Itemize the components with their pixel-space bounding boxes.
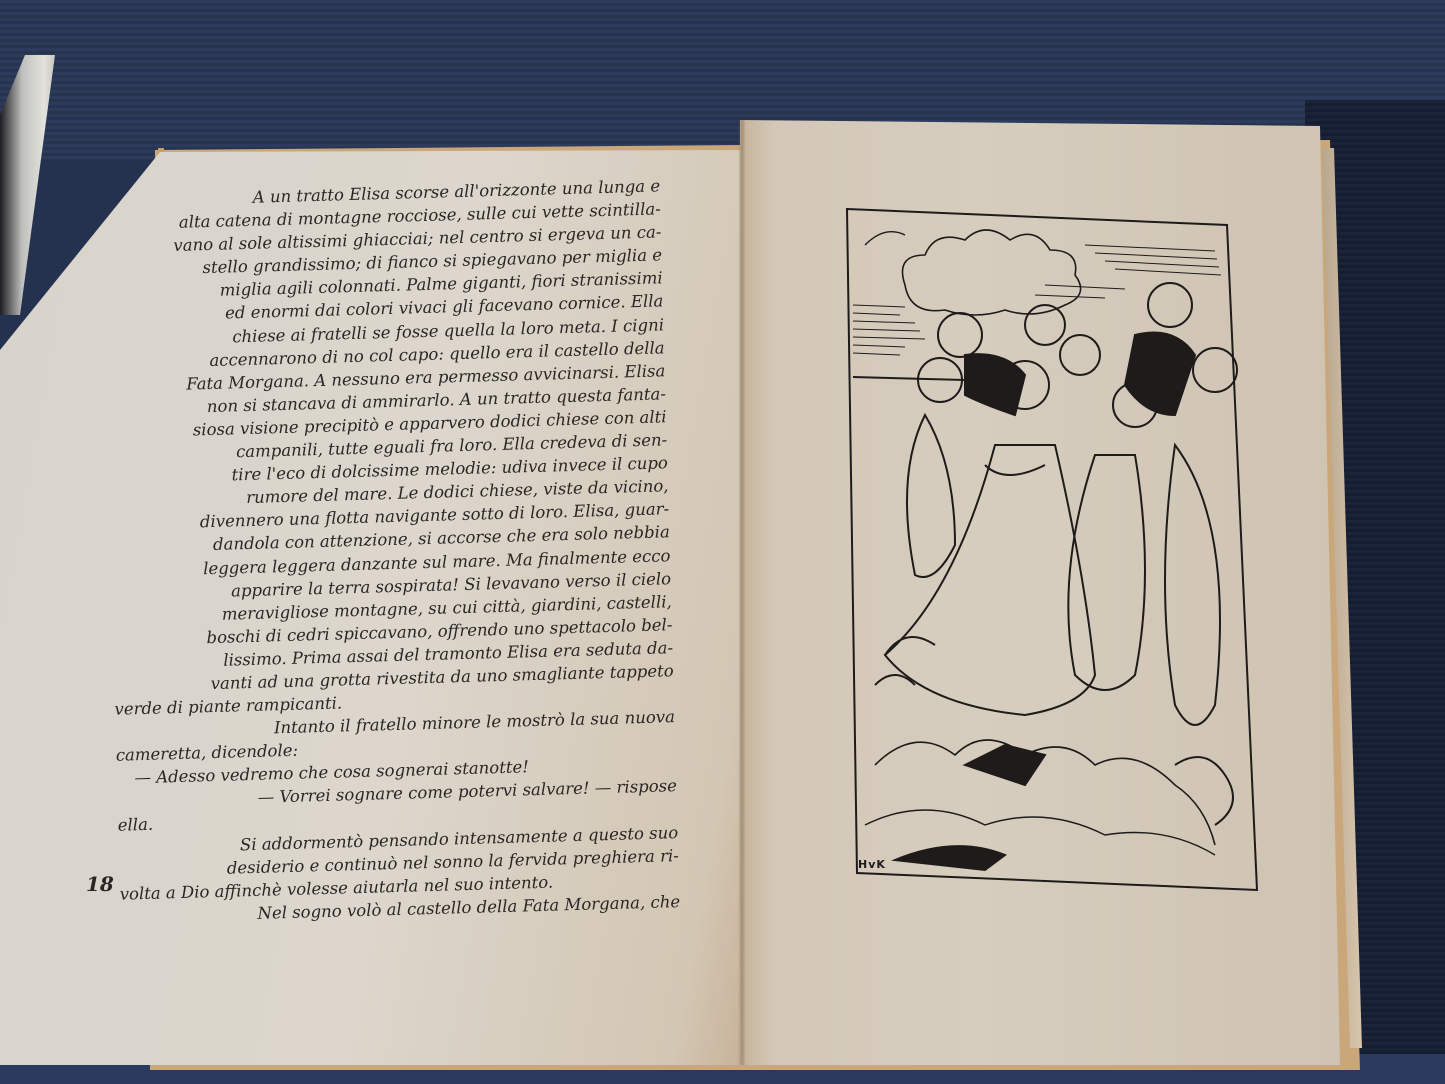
illustration-drawing [845,205,1265,895]
left-page-text: A un tratto Elisa scorse all'orizzonte u… [100,174,680,928]
ink-illustration [845,205,1265,895]
open-book: A un tratto Elisa scorse all'orizzonte u… [0,0,1445,1084]
page-number: 18 [86,872,114,896]
book-gutter [738,120,746,1065]
illustrator-signature: HvK [858,858,886,871]
